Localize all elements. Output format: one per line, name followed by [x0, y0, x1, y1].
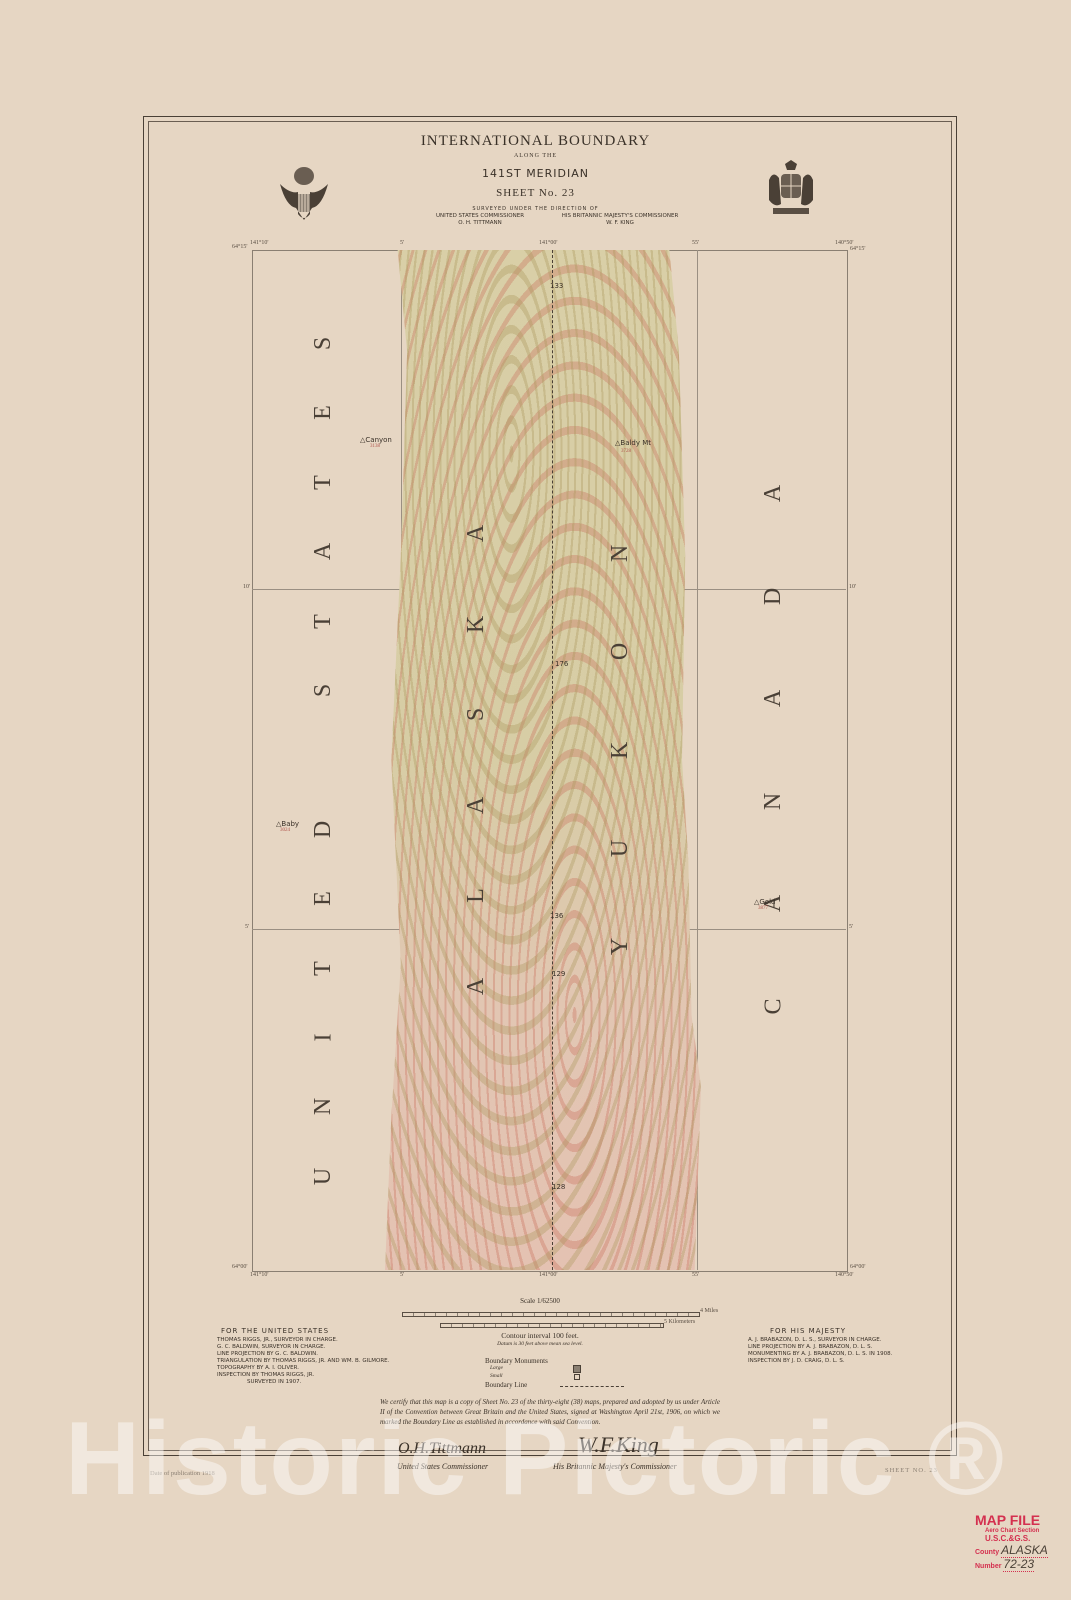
- stamp-county-value: ALASKA: [1001, 1543, 1048, 1558]
- credit-line: G. C. BALDWIN, SURVEYOR IN CHARGE.: [217, 1344, 389, 1351]
- scale-label: Scale 1/62500: [490, 1297, 590, 1305]
- credit-line: TRIANGULATION BY THOMAS RIGGS, JR. AND W…: [217, 1358, 389, 1365]
- us-commissioner: UNITED STATES COMMISSIONER O. H. TITTMAN…: [425, 213, 535, 227]
- credits-uk-heading: FOR HIS MAJESTY: [758, 1327, 858, 1335]
- credit-line: LINE PROJECTION BY A. J. BRABAZON, D. L.…: [748, 1344, 892, 1351]
- sheet-number: SHEET No. 23: [0, 187, 1071, 199]
- title-along: ALONG THE: [0, 153, 1071, 159]
- credit-line: A. J. BRABAZON, D. L. S., SURVEYOR IN CH…: [748, 1337, 892, 1344]
- stamp-title: MAP FILE: [975, 1512, 1071, 1528]
- boundary-line-sample: [560, 1386, 624, 1387]
- boundary-line-141: [552, 250, 553, 1270]
- place-canyon: △Canyon: [360, 436, 392, 444]
- elev-canyon: 3138: [370, 444, 380, 449]
- tick-left-10: 10': [243, 584, 250, 590]
- tick-top-55: 55': [692, 240, 699, 246]
- tick-bottom-right-lat: 64°00': [850, 1264, 865, 1270]
- monument-128: 128: [552, 1183, 565, 1191]
- us-great-seal-icon: [278, 164, 330, 226]
- monuments-title: Boundary Monuments: [485, 1357, 595, 1365]
- tick-bottom-left-lat: 64°00': [232, 1264, 247, 1270]
- tick-top-center: 141°00': [539, 240, 557, 246]
- tick-top-right-lat: 64°15': [850, 246, 865, 252]
- place-gold: △Gold: [754, 898, 776, 906]
- label-united-states: SETATS DETINU: [315, 330, 332, 1190]
- tick-right-5: 5': [849, 924, 853, 930]
- elev-baby: 3024: [280, 828, 290, 833]
- credits-us: THOMAS RIGGS, JR., SURVEYOR IN CHARGE. G…: [217, 1337, 389, 1386]
- tick-right-10: 10': [849, 584, 856, 590]
- stamp-county-label: County: [975, 1549, 999, 1556]
- monument-136: 136: [550, 912, 563, 920]
- tick-top-left-lon: 141°10': [250, 240, 268, 246]
- tick-bottom-center: 141°00': [539, 1272, 557, 1278]
- uk-commissioner-title: HIS BRITANNIC MAJESTY'S COMMISSIONER: [555, 213, 685, 220]
- stamp-number-value: 72-23: [1003, 1557, 1034, 1572]
- topographic-strip: [385, 250, 701, 1270]
- tick-bottom-right-lon: 140°50': [835, 1272, 853, 1278]
- label-canada: ADANAC: [765, 480, 782, 1020]
- boundary-line-label: Boundary Line: [485, 1381, 527, 1389]
- monument-small-icon: [574, 1374, 580, 1380]
- tick-top-5: 5': [400, 240, 404, 246]
- tick-bottom-55: 55': [692, 1272, 699, 1278]
- credit-line: LINE PROJECTION BY G. C. BALDWIN.: [217, 1351, 389, 1358]
- monument-133: 133: [550, 282, 563, 290]
- credit-line: INSPECTION BY THOMAS RIGGS, JR.: [217, 1372, 389, 1379]
- stamp-number-label: Number: [975, 1563, 1001, 1570]
- credit-line: TOPOGRAPHY BY A. I. OLIVER.: [217, 1365, 389, 1372]
- scale-miles-label: 4 Miles: [700, 1308, 718, 1314]
- monument-large-icon: [573, 1365, 581, 1373]
- credits-uk: A. J. BRABAZON, D. L. S., SURVEYOR IN CH…: [748, 1337, 892, 1365]
- place-baldy-mt: △Baldy Mt: [615, 439, 651, 447]
- tick-bottom-5: 5': [400, 1272, 404, 1278]
- monument-small-label: Small: [490, 1373, 503, 1379]
- label-alaska: AKSALA: [468, 520, 485, 1000]
- credit-line: THOMAS RIGGS, JR., SURVEYOR IN CHARGE.: [217, 1337, 389, 1344]
- label-yukon: NOKUY: [612, 540, 629, 960]
- tick-bottom-left-lon: 141°10': [250, 1272, 268, 1278]
- monument-176: 176: [555, 660, 568, 668]
- credits-us-heading: FOR THE UNITED STATES: [215, 1327, 335, 1335]
- credit-line: SURVEYED IN 1907.: [217, 1379, 389, 1386]
- us-commissioner-title: UNITED STATES COMMISSIONER: [425, 213, 535, 220]
- contour-interval: Contour interval 100 feet.: [450, 1331, 630, 1340]
- monument-129: 129: [552, 970, 565, 978]
- elev-baldy: 3728: [621, 449, 631, 454]
- credit-line: MONUMENTING BY A. J. BRABAZON, D. L. S. …: [748, 1351, 892, 1358]
- elev-gold: 3877: [758, 906, 768, 911]
- watermark: Historic Pictoric ®: [0, 1400, 1071, 1519]
- place-baby: △Baby: [276, 820, 299, 828]
- scale-bar-miles: [402, 1312, 700, 1317]
- stamp-agency: U.S.C.&G.S.: [975, 1534, 1071, 1543]
- uk-commissioner-name: W. F. KING: [555, 220, 685, 227]
- scale-bar-km: [440, 1323, 664, 1328]
- surveyed-under: SURVEYED UNDER THE DIRECTION OF: [0, 206, 1071, 212]
- tick-top-left-lat: 64°15': [232, 244, 247, 250]
- credit-line: INSPECTION BY J. D. CRAIG, D. L. S.: [748, 1358, 892, 1365]
- monument-large-label: Large: [490, 1365, 503, 1371]
- tick-left-5: 5': [245, 924, 249, 930]
- title-meridian: 141ST MERIDIAN: [0, 167, 1071, 180]
- british-royal-arms-icon: [765, 160, 817, 222]
- map-title: INTERNATIONAL BOUNDARY: [0, 133, 1071, 150]
- map-file-stamp: MAP FILE Aero Chart Section U.S.C.&G.S. …: [975, 1512, 1071, 1571]
- us-commissioner-name: O. H. TITTMANN: [425, 220, 535, 227]
- scale-km-label: 5 Kilometers: [664, 1319, 695, 1325]
- datum-note: Datum is 30 feet above mean sea level.: [450, 1341, 630, 1347]
- uk-commissioner: HIS BRITANNIC MAJESTY'S COMMISSIONER W. …: [555, 213, 685, 227]
